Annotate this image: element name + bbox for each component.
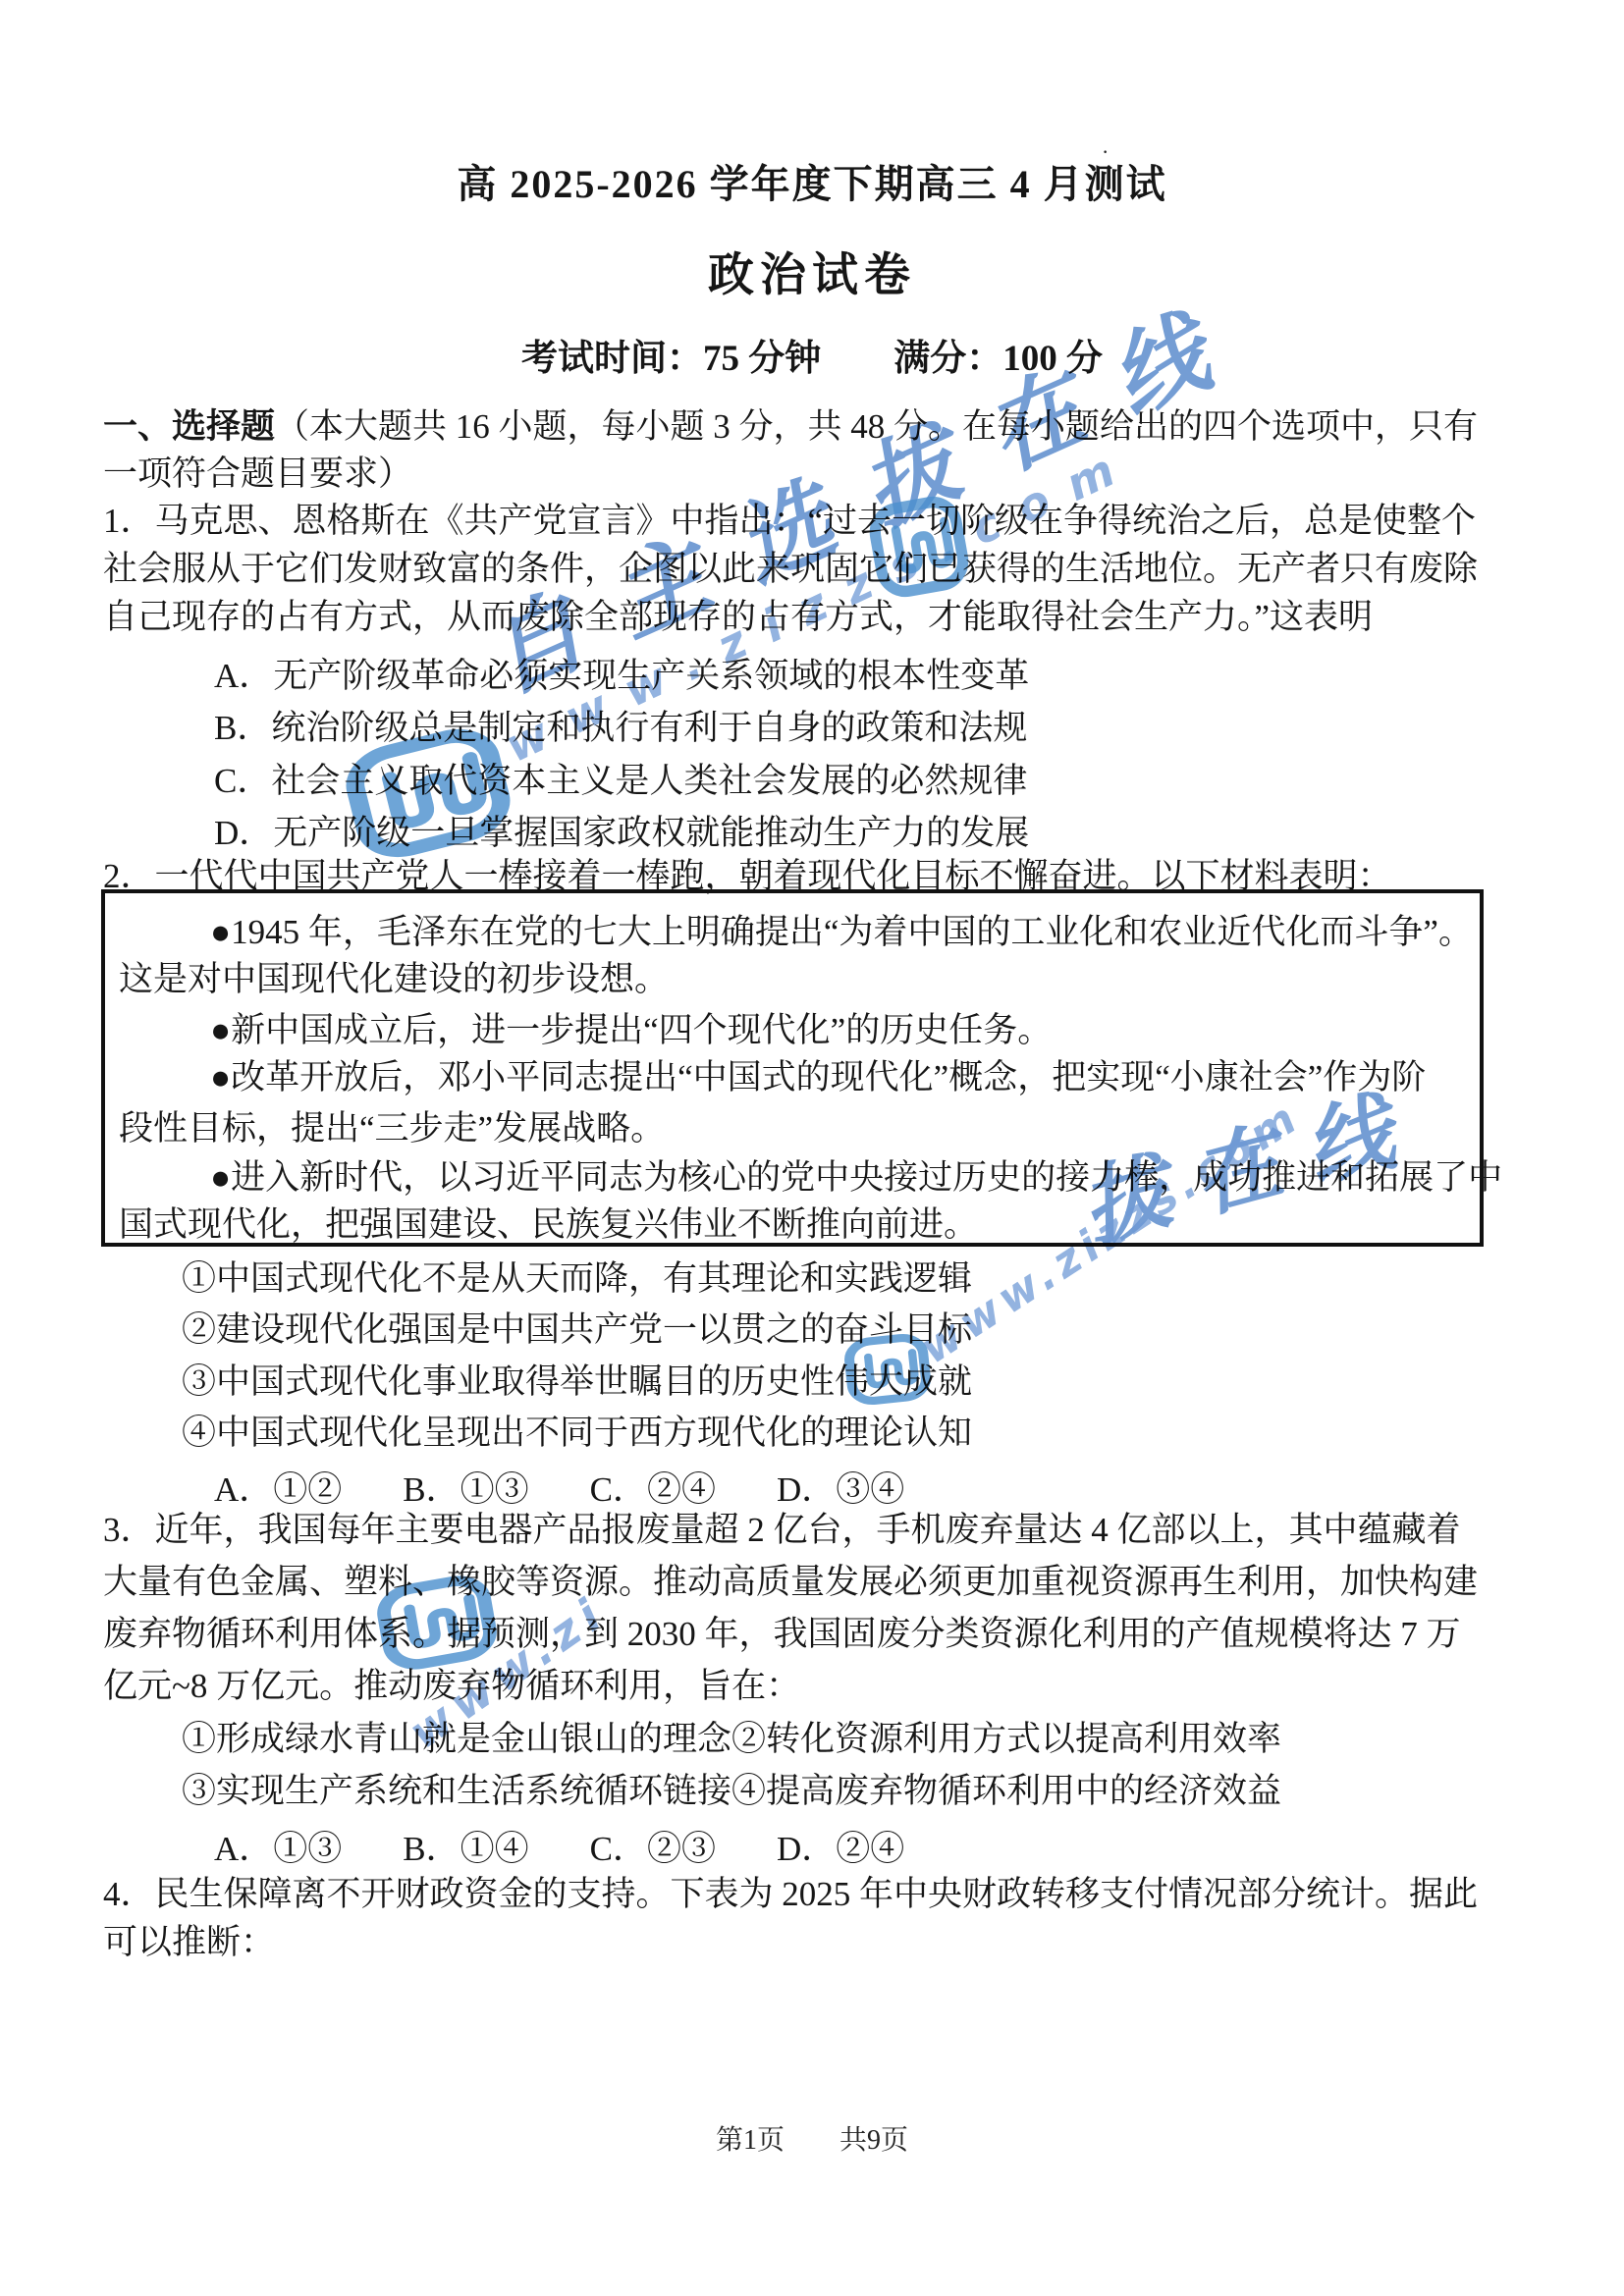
q3-stem-line1: 3．近年，我国每年主要电器产品报废量超 2 亿台，手机废弃量达 4 亿部以上，其… — [103, 1509, 1461, 1552]
q3-stem-line2: 大量有色金属、塑料、橡胶等资源。推动高质量发展必须更加重视资源再生利用，加快构建 — [103, 1561, 1478, 1604]
q2-answer-row: A．①② B．①③ C．②④ D．③④ — [214, 1463, 904, 1512]
material-line-7: 国式现代化，把强国建设、民族复兴伟业不断推向前进。 — [119, 1198, 978, 1247]
q2-answer-d: D．③④ — [777, 1463, 904, 1512]
section-heading-line2: 一项符合题目要求） — [103, 453, 412, 496]
exam-meta: 考试时间：75 分钟 满分：100 分 — [0, 328, 1624, 381]
q3-statement-row1: ①形成绿水青山就是金山银山的理念②转化资源利用方式以提高利用效率 — [182, 1718, 1281, 1761]
material-line-5: 段性目标，提出“三步走”发展战略。 — [119, 1101, 665, 1150]
material-line-3: ●新中国成立后，进一步提出“四个现代化”的历史任务。 — [210, 1003, 1052, 1052]
q2-statement-1: ①中国式现代化不是从天而降，有其理论和实践逻辑 — [182, 1257, 972, 1301]
q3-answer-b: B．①④ — [403, 1822, 528, 1871]
q3-answer-d: D．②④ — [777, 1822, 904, 1871]
exam-paper-page: 高 2025-2026 学年度下期高三 4 月测试 · 政治试卷 考试时间：75… — [0, 0, 1624, 2296]
stray-mark: · — [1102, 139, 1109, 165]
exam-session-title: 高 2025-2026 学年度下期高三 4 月测试 — [0, 153, 1624, 209]
q4-stem-line1: 4．民生保障离不开财政资金的支持。下表为 2025 年中央财政转移支付情况部分统… — [103, 1873, 1478, 1916]
q1-stem-line1: 1．马克思、恩格斯在《共产党宣言》中指出：“过去一切阶级在争得统治之后，总是使整… — [103, 500, 1476, 543]
footer-page-indicator: 第1页 共9页 — [0, 2118, 1624, 2158]
q1-option-a: A．无产阶级革命必须实现生产关系领域的根本性变革 — [214, 649, 1029, 698]
q2-answer-a: A．①② — [214, 1463, 342, 1512]
q2-statement-2: ②建设现代化强国是中国共产党一以贯之的奋斗目标 — [182, 1308, 972, 1352]
q2-statement-4: ④中国式现代化呈现出不同于西方现代化的理论认知 — [182, 1412, 972, 1455]
material-line-4: ●改革开放后，邓小平同志提出“中国式的现代化”概念，把实现“小康社会”作为阶 — [210, 1050, 1426, 1099]
q1-option-c: C．社会主义取代资本主义是人类社会发展的必然规律 — [214, 754, 1027, 803]
section-heading-lead: 一、选择题 — [103, 407, 275, 446]
q2-answer-b: B．①③ — [403, 1463, 528, 1512]
q2-material-box: ●1945 年，毛泽东在党的七大上明确提出“为着中国的工业化和农业近代化而斗争”… — [101, 889, 1484, 1247]
paper-title: 政治试卷 — [0, 239, 1624, 304]
q1-stem-line3: 自己现存的占有方式，从而废除全部现存的占有方式，才能取得社会生产力。”这表明 — [103, 596, 1373, 639]
q4-stem-line2: 可以推断： — [103, 1921, 275, 1964]
q3-answer-a: A．①③ — [214, 1822, 342, 1871]
q1-option-d: D．无产阶级一旦掌握国家政权就能推动生产力的发展 — [214, 806, 1029, 855]
q3-answer-row: A．①③ B．①④ C．②③ D．②④ — [214, 1822, 904, 1871]
material-line-6: ●进入新时代，以习近平同志为核心的党中央接过历史的接力棒，成功推进和拓展了中 — [210, 1150, 1502, 1200]
section-heading-line1: 一、选择题（本大题共 16 小题，每小题 3 分，共 48 分。在每小题给出的四… — [103, 405, 1478, 449]
section-heading-rest: （本大题共 16 小题，每小题 3 分，共 48 分。在每小题给出的四个选项中，… — [275, 407, 1478, 446]
q3-stem-line3: 废弃物循环利用体系。据预测，到 2030 年，我国固废分类资源化利用的产值规模将… — [103, 1613, 1461, 1656]
q2-statement-3: ③中国式现代化事业取得举世瞩目的历史性伟大成就 — [182, 1361, 972, 1404]
material-line-2: 这是对中国现代化建设的初步设想。 — [119, 952, 669, 1001]
material-line-1: ●1945 年，毛泽东在党的七大上明确提出“为着中国的工业化和农业近代化而斗争”… — [210, 905, 1473, 954]
q2-answer-c: C．②④ — [590, 1463, 716, 1512]
q3-statement-row2: ③实现生产系统和生活系统循环链接④提高废弃物循环利用中的经济效益 — [182, 1770, 1281, 1813]
q3-stem-line4: 亿元~8 万亿元。推动废弃物循环利用，旨在： — [103, 1665, 800, 1708]
q1-option-b: B．统治阶级总是制定和执行有利于自身的政策和法规 — [214, 701, 1027, 750]
q3-answer-c: C．②③ — [590, 1822, 716, 1871]
q1-stem-line2: 社会服从于它们发财致富的条件，企图以此来巩固它们已获得的生活地位。无产者只有废除 — [103, 548, 1478, 591]
